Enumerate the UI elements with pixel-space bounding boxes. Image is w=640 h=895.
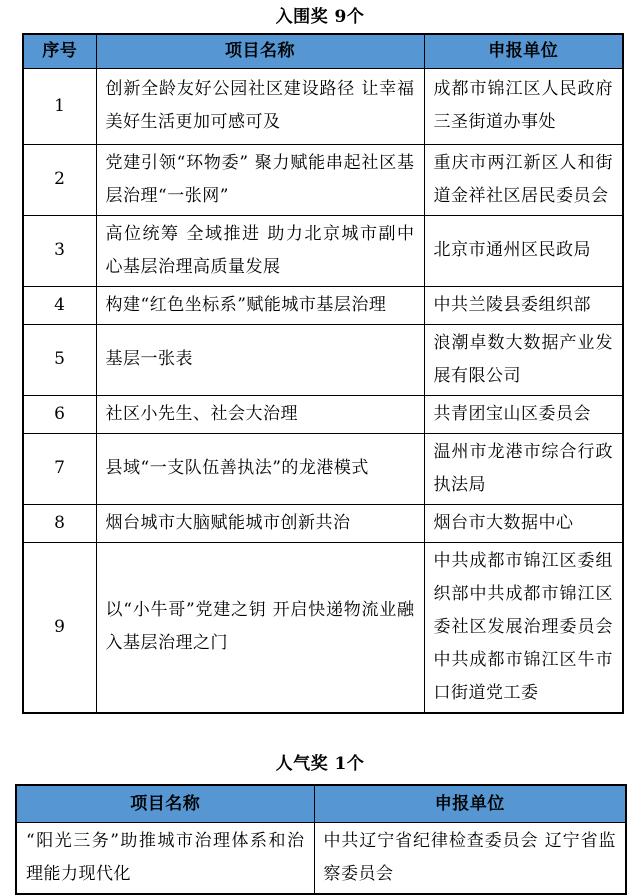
unit-cell: 温州市龙港市综合行政执法局 bbox=[424, 433, 623, 504]
column-header-project: 项目名称 bbox=[16, 785, 314, 823]
row-number-cell: 9 bbox=[23, 542, 96, 713]
table-row: 2 党建引领“环物委” 聚力赋能串起社区基层治理“一张网” 重庆市两江新区人和街… bbox=[23, 144, 623, 215]
unit-cell: 浪潮卓数大数据产业发展有限公司 bbox=[424, 324, 623, 395]
project-name-cell: “阳光三务”助推城市治理体系和治理能力现代化 bbox=[16, 823, 314, 895]
unit-cell: 中共成都市锦江区委组织部中共成都市锦江区委社区发展治理委员会中共成都市锦江区牛市… bbox=[424, 542, 623, 713]
project-name-cell: 高位统筹 全域推进 助力北京城市副中心基层治理高质量发展 bbox=[96, 215, 424, 286]
shortlist-award-table: 序号 项目名称 申报单位 1 创新全龄友好公园社区建设路径 让幸福美好生活更加可… bbox=[22, 33, 624, 714]
popularity-award-table: 项目名称 申报单位 “阳光三务”助推城市治理体系和治理能力现代化 中共辽宁省纪律… bbox=[15, 784, 627, 895]
unit-cell: 北京市通州区民政局 bbox=[424, 215, 623, 286]
project-name-cell: 社区小先生、社会大治理 bbox=[96, 395, 424, 433]
table-row: 9 以“小牛哥”党建之钥 开启快递物流业融入基层治理之门 中共成都市锦江区委组织… bbox=[23, 542, 623, 713]
unit-cell: 成都市锦江区人民政府三圣街道办事处 bbox=[424, 68, 623, 144]
table-row: 3 高位统筹 全域推进 助力北京城市副中心基层治理高质量发展 北京市通州区民政局 bbox=[23, 215, 623, 286]
project-name-cell: 基层一张表 bbox=[96, 324, 424, 395]
row-number-cell: 8 bbox=[23, 504, 96, 542]
row-number-cell: 7 bbox=[23, 433, 96, 504]
column-header-unit: 申报单位 bbox=[424, 34, 623, 68]
document-page: 入围奖 9个 序号 项目名称 申报单位 1 创新全龄友好公园社区建设路径 让幸福… bbox=[0, 0, 640, 895]
project-name-cell: 党建引领“环物委” 聚力赋能串起社区基层治理“一张网” bbox=[96, 144, 424, 215]
row-number-cell: 1 bbox=[23, 68, 96, 144]
table-row: 7 县域“一支队伍善执法”的龙港模式 温州市龙港市综合行政执法局 bbox=[23, 433, 623, 504]
row-number-cell: 6 bbox=[23, 395, 96, 433]
table-row: 6 社区小先生、社会大治理 共青团宝山区委员会 bbox=[23, 395, 623, 433]
table-row: “阳光三务”助推城市治理体系和治理能力现代化 中共辽宁省纪律检查委员会 辽宁省监… bbox=[16, 823, 626, 895]
table-row: 5 基层一张表 浪潮卓数大数据产业发展有限公司 bbox=[23, 324, 623, 395]
row-number-cell: 2 bbox=[23, 144, 96, 215]
project-name-cell: 创新全龄友好公园社区建设路径 让幸福美好生活更加可感可及 bbox=[96, 68, 424, 144]
table-row: 8 烟台城市大脑赋能城市创新共治 烟台市大数据中心 bbox=[23, 504, 623, 542]
project-name-cell: 县域“一支队伍善执法”的龙港模式 bbox=[96, 433, 424, 504]
unit-cell: 重庆市两江新区人和街道金祥社区居民委员会 bbox=[424, 144, 623, 215]
table-header-row: 序号 项目名称 申报单位 bbox=[23, 34, 623, 68]
shortlist-section-title: 入围奖 9个 bbox=[0, 0, 640, 33]
unit-cell: 共青团宝山区委员会 bbox=[424, 395, 623, 433]
row-number-cell: 3 bbox=[23, 215, 96, 286]
table-row: 4 构建“红色坐标系”赋能城市基层治理 中共兰陵县委组织部 bbox=[23, 286, 623, 324]
column-header-number: 序号 bbox=[23, 34, 96, 68]
unit-cell: 烟台市大数据中心 bbox=[424, 504, 623, 542]
unit-cell: 中共兰陵县委组织部 bbox=[424, 286, 623, 324]
project-name-cell: 构建“红色坐标系”赋能城市基层治理 bbox=[96, 286, 424, 324]
project-name-cell: 烟台城市大脑赋能城市创新共治 bbox=[96, 504, 424, 542]
column-header-project: 项目名称 bbox=[96, 34, 424, 68]
popularity-section-title: 人气奖 1个 bbox=[0, 744, 640, 784]
table-row: 1 创新全龄友好公园社区建设路径 让幸福美好生活更加可感可及 成都市锦江区人民政… bbox=[23, 68, 623, 144]
row-number-cell: 5 bbox=[23, 324, 96, 395]
table-header-row: 项目名称 申报单位 bbox=[16, 785, 626, 823]
unit-cell: 中共辽宁省纪律检查委员会 辽宁省监察委员会 bbox=[314, 823, 626, 895]
column-header-unit: 申报单位 bbox=[314, 785, 626, 823]
project-name-cell: 以“小牛哥”党建之钥 开启快递物流业融入基层治理之门 bbox=[96, 542, 424, 713]
row-number-cell: 4 bbox=[23, 286, 96, 324]
